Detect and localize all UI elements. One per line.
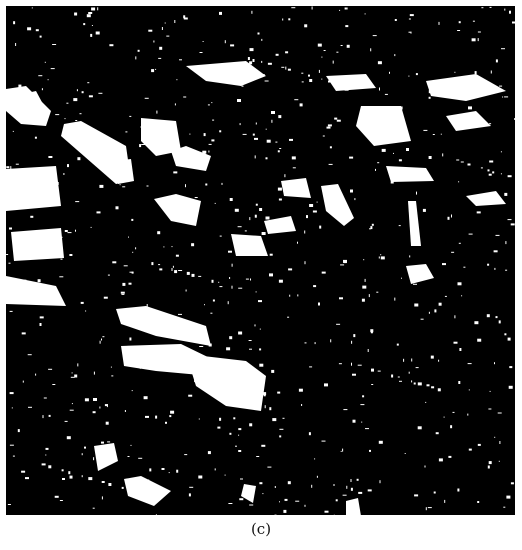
building-region [6, 166, 61, 211]
segmentation-mask-image [6, 6, 515, 515]
building-region [11, 228, 64, 261]
building-region [281, 178, 311, 198]
mask-canvas [6, 6, 515, 515]
figure-caption: (c) [0, 520, 522, 538]
